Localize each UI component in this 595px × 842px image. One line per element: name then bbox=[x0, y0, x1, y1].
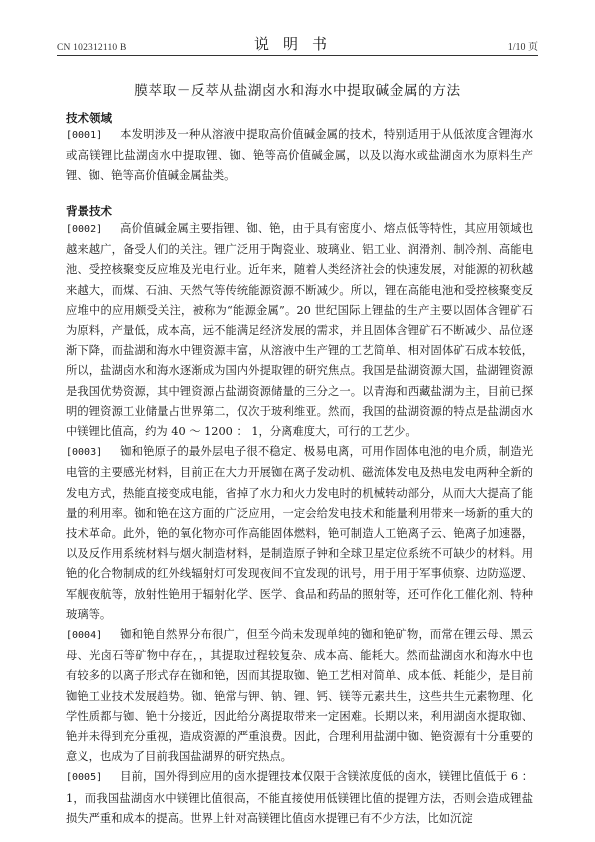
paragraph-0002: [0002]高价值碱金属主要指锂、铷、铯，由于具有密度小、熔点低等特性，其应用领… bbox=[66, 219, 533, 442]
paragraph-text: 铷和铯自然界分布很广，但至今尚未发现单纯的铷和铯矿物，而常在锂云母、黑云母、光卤… bbox=[66, 628, 533, 763]
section-heading-technical-field: 技术领域 bbox=[66, 110, 112, 126]
page-indicator: 1/10 页 bbox=[508, 38, 538, 53]
paragraph-number: [0004] bbox=[66, 626, 120, 646]
paragraph-text: 高价值碱金属主要指锂、铷、铯，由于具有密度小、熔点低等特性，其应用领域也越来越广… bbox=[66, 222, 533, 438]
paragraph-number: [0003] bbox=[66, 443, 120, 463]
section-body-background: [0002]高价值碱金属主要指锂、铷、铯，由于具有密度小、熔点低等特性，其应用领… bbox=[66, 219, 533, 829]
paragraph-text: 铷和铯原子的最外层电子很不稳定、极易电离，可用作固体电池的电介质，制造光电管的主… bbox=[66, 445, 533, 621]
section-heading-background: 背景技术 bbox=[66, 203, 112, 219]
page-header: CN 102312110 B 说明书 1/10 页 bbox=[57, 36, 538, 56]
header-divider bbox=[57, 55, 538, 56]
section-title: 说明书 bbox=[57, 33, 538, 54]
page-number: 4 bbox=[0, 772, 595, 783]
paragraph-0004: [0004]铷和铯自然界分布很广，但至今尚未发现单纯的铷和铯矿物，而常在锂云母、… bbox=[66, 625, 533, 767]
paragraph-0001: [0001]本发明涉及一种从溶液中提取高价值碱金属的技术，特别适用于从低浓度含锂… bbox=[66, 125, 533, 187]
paragraph-number: [0001] bbox=[66, 126, 120, 146]
section-body-technical-field: [0001]本发明涉及一种从溶液中提取高价值碱金属的技术，特别适用于从低浓度含锂… bbox=[66, 125, 533, 187]
paragraph-text: 本发明涉及一种从溶液中提取高价值碱金属的技术，特别适用于从低浓度含锂海水或高镁锂… bbox=[66, 128, 533, 182]
paragraph-number: [0002] bbox=[66, 220, 120, 240]
paragraph-0003: [0003]铷和铯原子的最外层电子很不稳定、极易电离，可用作固体电池的电介质，制… bbox=[66, 442, 533, 625]
document-title: 膜萃取－反萃从盐湖卤水和海水中提取碱金属的方法 bbox=[0, 79, 595, 99]
